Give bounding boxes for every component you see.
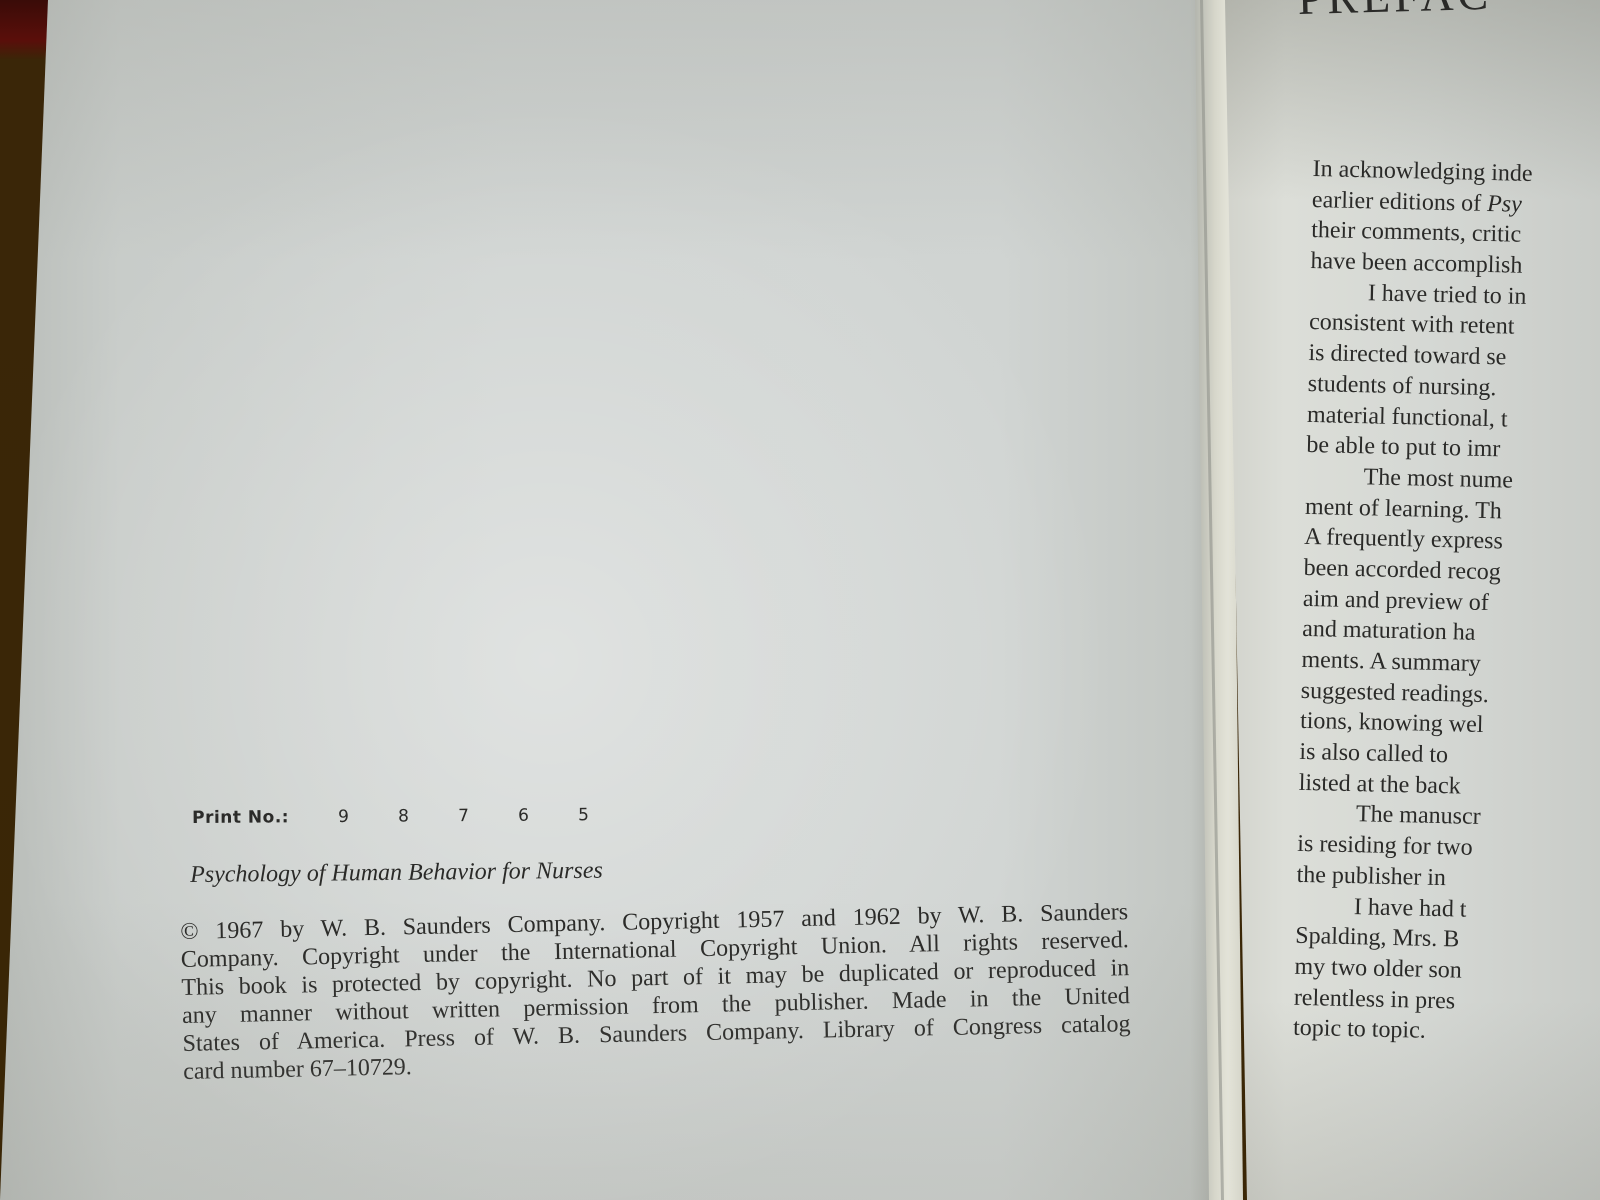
print-number: 5: [578, 805, 638, 825]
preface-text: In acknowledging indeearlier editions of…: [1293, 154, 1600, 1051]
copyright-line: © 1967 by W. B. Saunders Company. Copyri…: [180, 898, 1128, 946]
print-number: 9: [338, 807, 398, 827]
copyright-line: any manner without written permission fr…: [182, 982, 1130, 1030]
copyright-notice: © 1967 by W. B. Saunders Company. Copyri…: [180, 898, 1131, 1086]
copyright-line: Company. Copyright under the Internation…: [181, 926, 1129, 974]
copyright-line: States of America. Press of W. B. Saunde…: [182, 1010, 1130, 1058]
book-title-reference: Psy: [1487, 191, 1522, 218]
print-number: 7: [458, 806, 518, 826]
print-number-label: Print No.:: [192, 807, 338, 828]
print-number: 8: [398, 806, 458, 826]
book-title: Psychology of Human Behavior for Nurses: [190, 858, 603, 889]
print-number: 6: [518, 805, 578, 825]
copyright-line: This book is protected by copyright. No …: [181, 954, 1129, 1002]
left-page-copyright: Print No.:98765 Psychology of Human Beha…: [0, 0, 1215, 1200]
print-number-row: Print No.:98765: [192, 805, 638, 828]
copyright-line: card number 67–10729.: [183, 1038, 1131, 1086]
